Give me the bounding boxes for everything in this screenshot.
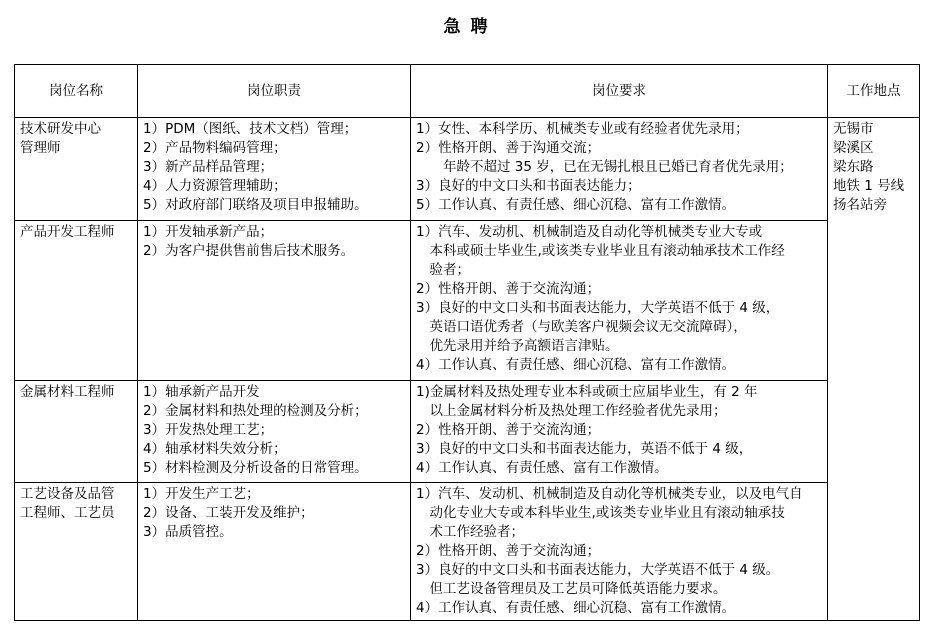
- position-duties: 1）开发生产工艺； 2）设备、工装开发及维护； 3）品质管控。: [138, 483, 411, 621]
- position-requirements: 1)金属材料及热处理专业本科或硕士应届毕业生，有 2 年 以上金属材料分析及热处…: [411, 381, 828, 483]
- table-row: 金属材料工程师 1）轴承新产品开发 2）金属材料和热处理的检测及分析； 3）开发…: [15, 381, 920, 483]
- header-duties: 岗位职责: [138, 65, 411, 118]
- table-row: 产品开发工程师 1）开发轴承新产品； 2）为客户提供售前售后技术服务。 1）汽车…: [15, 221, 920, 381]
- position-requirements: 1）女性、本科学历、机械类专业或有经验者优先录用； 2）性格开朗、善于沟通交流；…: [411, 118, 828, 221]
- table-row: 技术研发中心 管理师 1）PDM（图纸、技术文档）管理； 2）产品物料编码管理；…: [15, 118, 920, 221]
- table-header-row: 岗位名称 岗位职责 岗位要求 工作地点: [15, 65, 920, 118]
- table-row: 工艺设备及品管 工程师、工艺员 1）开发生产工艺； 2）设备、工装开发及维护； …: [15, 483, 920, 621]
- position-duties: 1）开发轴承新产品； 2）为客户提供售前售后技术服务。: [138, 221, 411, 381]
- job-table: 岗位名称 岗位职责 岗位要求 工作地点 技术研发中心 管理师 1）PDM（图纸、…: [14, 64, 920, 621]
- position-duties: 1）PDM（图纸、技术文档）管理； 2）产品物料编码管理； 3）新产品样品管理；…: [138, 118, 411, 221]
- header-position-name: 岗位名称: [15, 65, 138, 118]
- position-requirements: 1）汽车、发动机、机械制造及自动化等机械类专业，以及电气自 动化专业大专或本科毕…: [411, 483, 828, 621]
- position-name: 产品开发工程师: [15, 221, 138, 381]
- work-location: 无锡市 梁溪区 梁东路 地铁 1 号线 扬名站旁: [828, 118, 920, 621]
- position-name: 工艺设备及品管 工程师、工艺员: [15, 483, 138, 621]
- position-duties: 1）轴承新产品开发 2）金属材料和热处理的检测及分析； 3）开发热处理工艺； 4…: [138, 381, 411, 483]
- header-location: 工作地点: [828, 65, 920, 118]
- position-name: 技术研发中心 管理师: [15, 118, 138, 221]
- page-title: 急 聘: [0, 12, 933, 37]
- header-requirements: 岗位要求: [411, 65, 828, 118]
- page: 急 聘 岗位名称 岗位职责 岗位要求 工作地点 技术研发中心 管理师 1）PDM…: [0, 0, 933, 629]
- position-requirements: 1）汽车、发动机、机械制造及自动化等机械类专业大专或 本科或硕士毕业生,或该类专…: [411, 221, 828, 381]
- position-name: 金属材料工程师: [15, 381, 138, 483]
